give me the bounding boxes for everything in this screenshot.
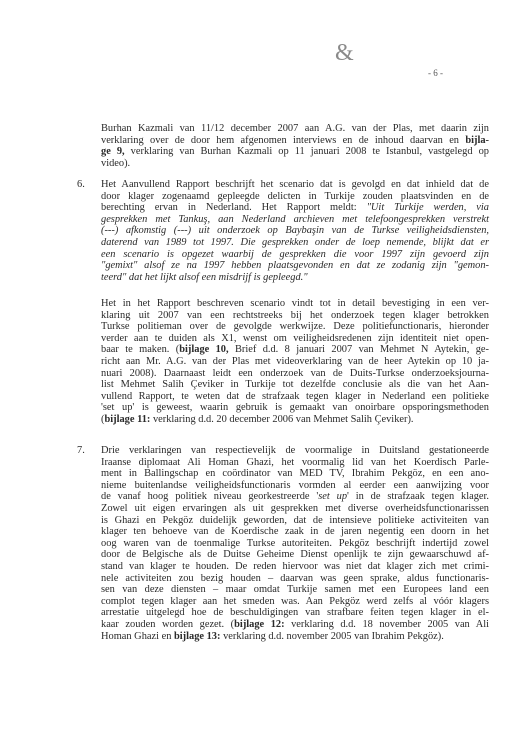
text-line: kaar zouden worden gezet. (bijlage 12: v… <box>101 619 489 631</box>
text-line: klager ten behoeve van de Koerdische zaa… <box>101 526 489 538</box>
text-line: verklaring over de door hem afgenomen in… <box>101 135 489 147</box>
quote-line: (---) afkomstig (---) uit onderzoek op B… <box>101 225 489 237</box>
quote-line: een scenario is opgezet waarbij de gespr… <box>101 249 489 261</box>
section-6-paragraph-2: Het in het Rapport beschreven scenario v… <box>101 298 489 426</box>
annex-reference: bijlage 11: <box>104 414 150 425</box>
section-7-paragraph: Drie verklaringen van respectievelijk de… <box>101 445 489 642</box>
section-number-6: 6. <box>77 179 85 191</box>
annex-reference: bijlage 10, <box>179 344 228 355</box>
emphasis: set up <box>318 491 347 502</box>
text-line: klaring uit 2007 van een rechtstreeks bi… <box>101 310 489 322</box>
text-line: 'set up' is geweest, waarin gebruik is g… <box>101 402 489 414</box>
text-line: complot tegen klager aan het smeden was.… <box>101 596 489 608</box>
text-line: Burhan Kazmali van 11/12 december 2007 a… <box>101 123 489 135</box>
quote-line: "gemixt" alsof ze na 1997 hebben plaatsg… <box>101 260 489 272</box>
text-line: baar te maken. (bijlage 10, Brief d.d. 8… <box>101 344 489 356</box>
section-6-paragraph-1: Het Aanvullend Rapport beschrijft het sc… <box>101 179 489 283</box>
text-line: oog waren van de toenmalige Turkse autor… <box>101 538 489 550</box>
annex-reference: bijlage 12: <box>234 619 284 630</box>
quote: "Uit Turkije werden, via <box>367 202 489 213</box>
text-line: is Ghazi en Pekgöz duidelijk geworden, d… <box>101 515 489 527</box>
intro-paragraph: Burhan Kazmali van 11/12 december 2007 a… <box>101 123 489 169</box>
text-line: ment in Ballingschap en coördinator van … <box>101 468 489 480</box>
annex-reference: bijla- <box>465 135 489 146</box>
annex-reference: bijlage 13: <box>174 631 220 642</box>
text-line: list Mehmet Salih Çeviker in Turkije tot… <box>101 379 489 391</box>
text-line: video). <box>101 158 489 170</box>
text-line: ge 9, verklaring van Burhan Kazmali op 1… <box>101 146 489 158</box>
text-line: richt aan Mr. A.G. van der Plas met vide… <box>101 356 489 368</box>
text-line: Drie verklaringen van respectievelijk de… <box>101 445 489 457</box>
text-line: (bijlage 11: verklaring d.d. 20 december… <box>101 414 489 426</box>
text-line: door de Belgische als de Duitse Geheime … <box>101 549 489 561</box>
text-line: Turkse politieman over de gevolgde werkw… <box>101 321 489 333</box>
quote-line: teerd" dat het lijkt alsof een misdrijf … <box>101 272 489 284</box>
quote-line: daterend van 1989 tot 1997. Die gesprekk… <box>101 237 489 249</box>
text-line: Het in het Rapport beschreven scenario v… <box>101 298 489 310</box>
text-line: Het Aanvullend Rapport beschrijft het sc… <box>101 179 489 191</box>
text-line: Homan Ghazi en bijlage 13: verklaring d.… <box>101 631 489 643</box>
text-line: door klager zogenaamd gepleegde delicten… <box>101 191 489 203</box>
text-line: nele activiteiten zou bezig houden – daa… <box>101 573 489 585</box>
text-line: sen van deze diensten – maar omdat Turki… <box>101 584 489 596</box>
annex-reference: ge 9, <box>101 146 125 157</box>
text-line: Zowel uit eigen ervaringen als uit gespr… <box>101 503 489 515</box>
section-number-7: 7. <box>77 445 85 457</box>
quote-line: gesprekken met Tankuş, aan Nederland arc… <box>101 214 489 226</box>
text-line: de vanaf hoog politiek niveau georkestre… <box>101 491 489 503</box>
logo-ampersand: & <box>335 40 354 67</box>
text-line: arrestatie uitgelegd hoe de beschuldigin… <box>101 607 489 619</box>
text-line: Iraanse diplomaat Ali Homan Ghazi, het v… <box>101 457 489 469</box>
text-line: berechting ervan in Nederland. Het Rappo… <box>101 202 489 214</box>
text-line: nuari 2008). Daarnaast leidt een onderzo… <box>101 368 489 380</box>
text-line: nieme buitenlandse veiligheidsfunctionar… <box>101 480 489 492</box>
text-line: vullend Rapport, te weten dat de strafza… <box>101 391 489 403</box>
page-number: - 6 - <box>428 68 443 78</box>
text-line: stand van klager te houden. De reden hie… <box>101 561 489 573</box>
text-line: verder aan te duiden als X1, wenst om ve… <box>101 333 489 345</box>
